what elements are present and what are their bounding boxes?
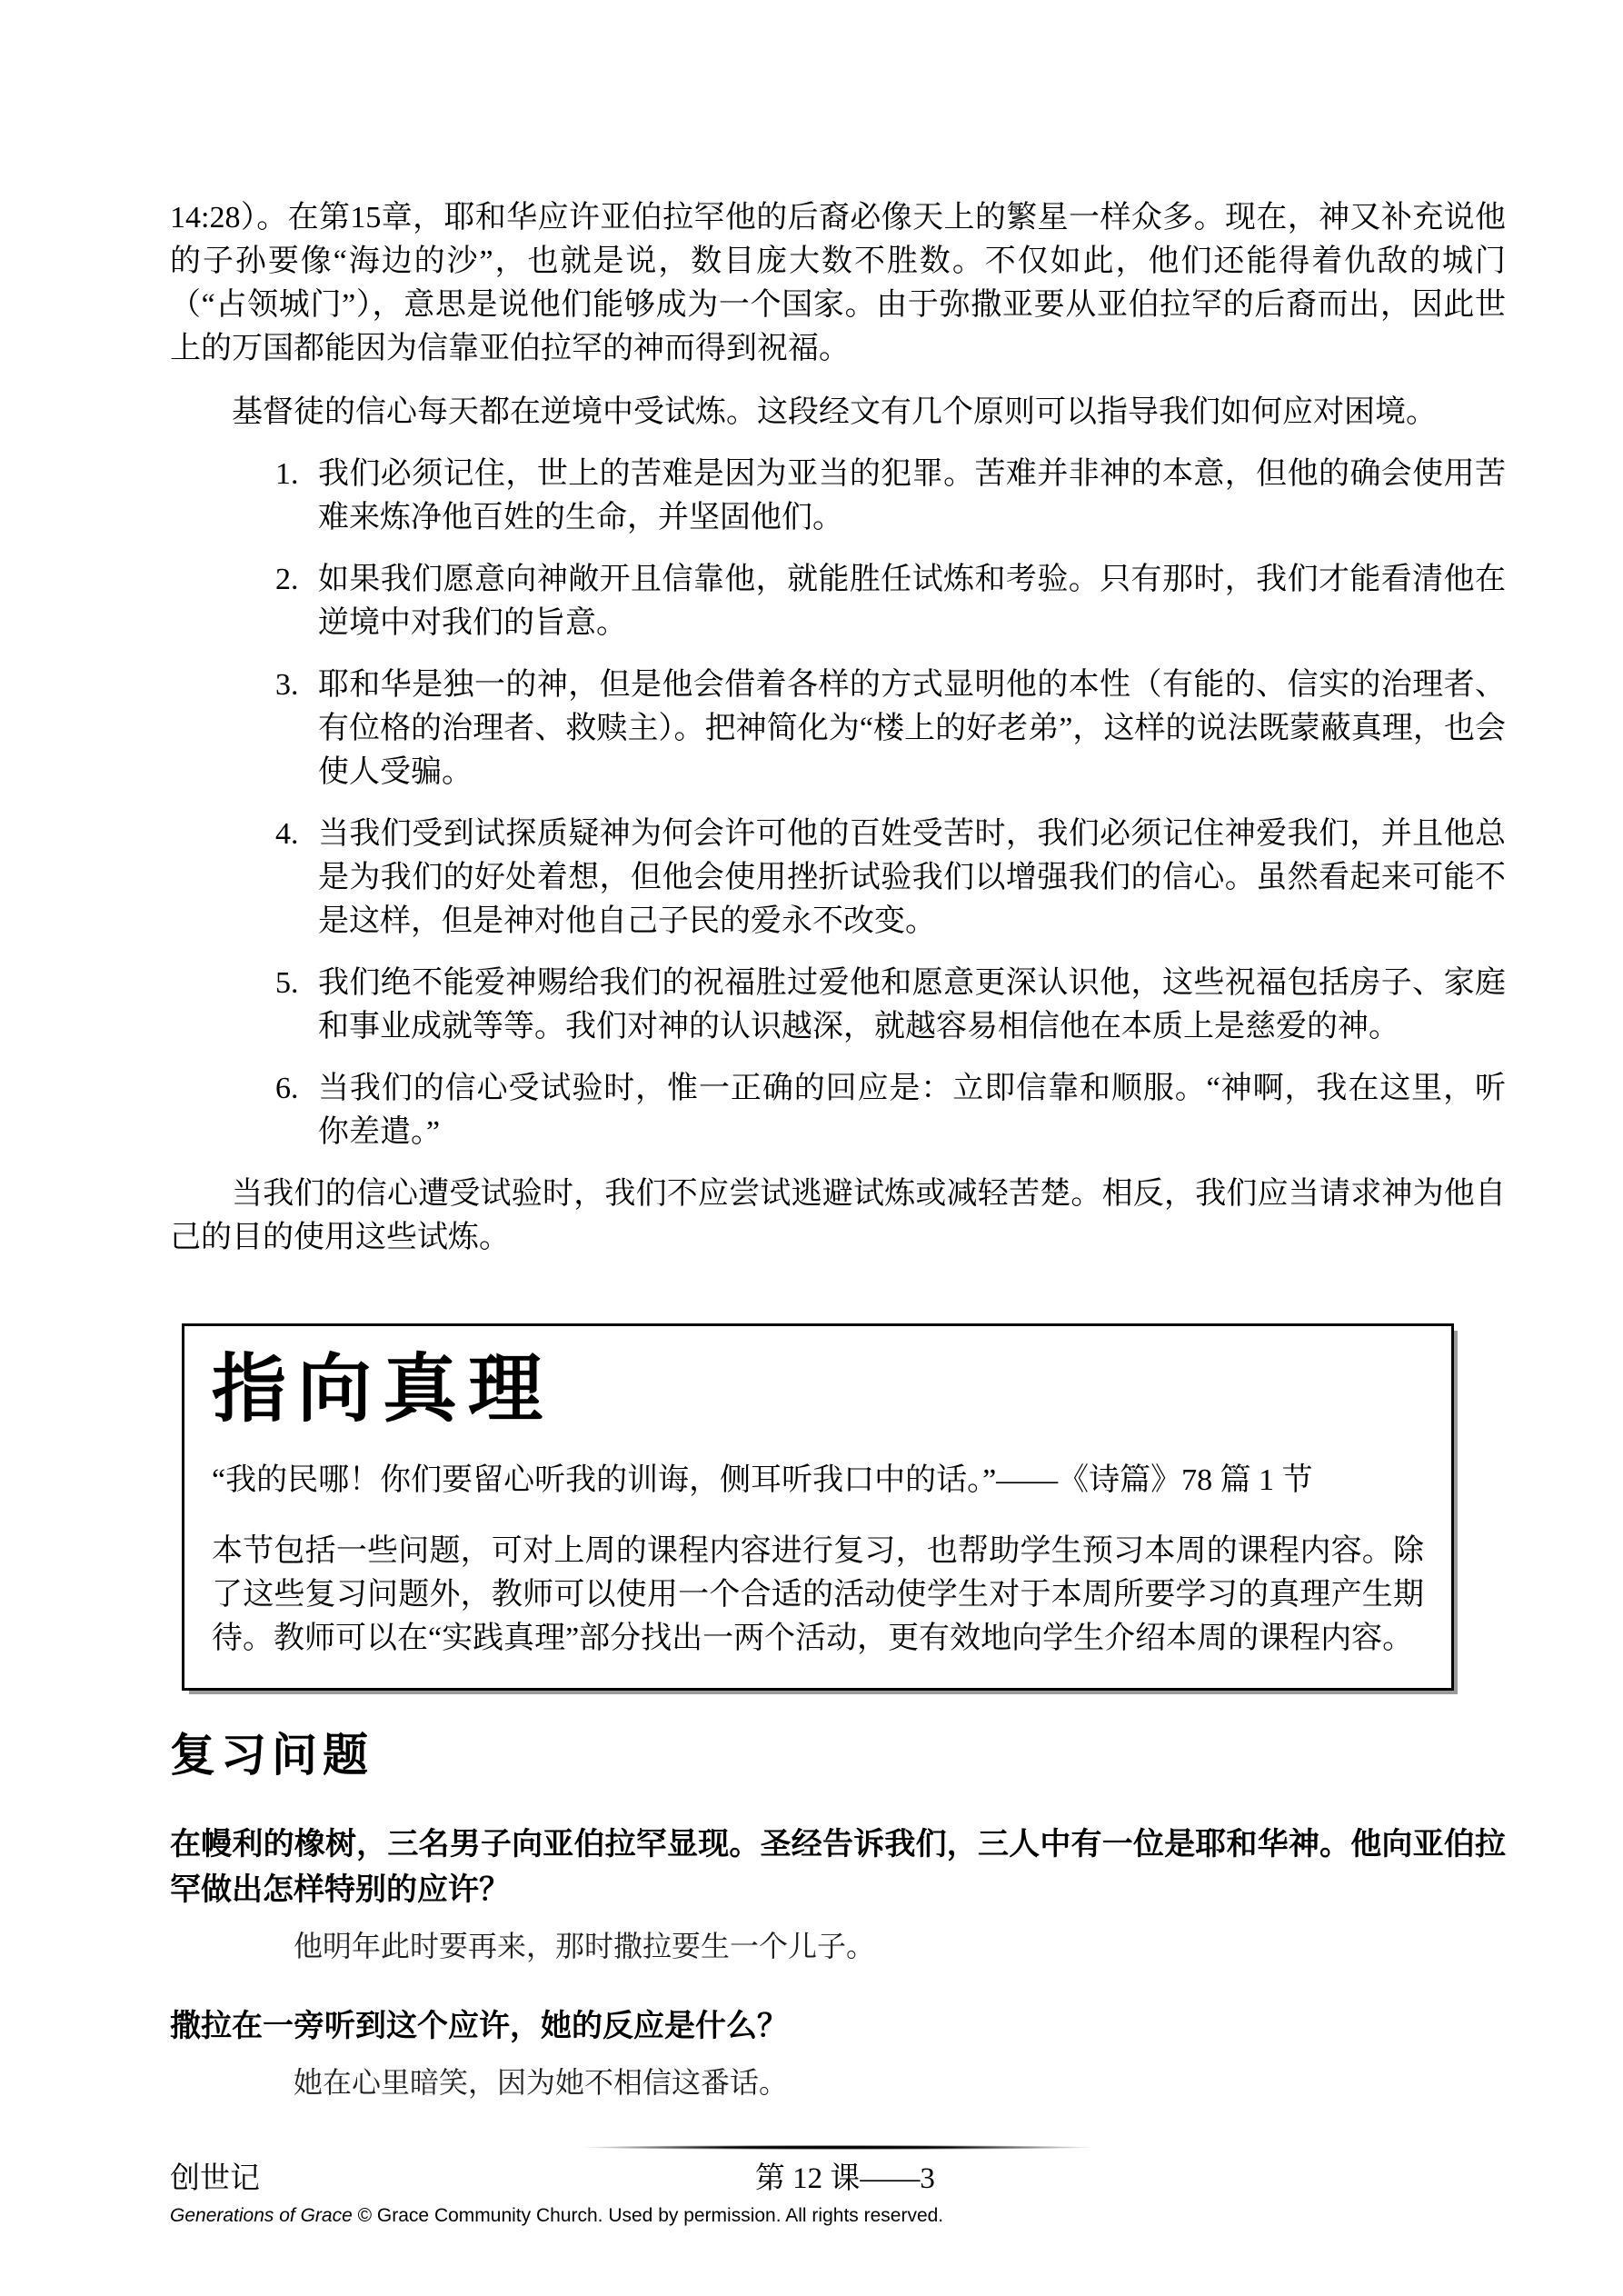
list-item-text: 我们绝不能爱神赐给我们的祝福胜过爱他和愿意更深认识他，这些祝福包括房子、家庭和事…	[318, 962, 1506, 1049]
intro-paragraph: 14:28）。在第15章，耶和华应许亚伯拉罕他的后裔必像天上的繁星一样众多。现在…	[170, 196, 1506, 371]
document-page: 14:28）。在第15章，耶和华应许亚伯拉罕他的后裔必像天上的繁星一样众多。现在…	[0, 0, 1623, 2296]
list-item-text: 如果我们愿意向神敞开且信靠他，就能胜任试炼和考验。只有那时，我们才能看清他在逆境…	[318, 558, 1506, 645]
truth-box-body: 本节包括一些问题，可对上周的课程内容进行复习，也帮助学生预习本周的课程内容。除了…	[212, 1530, 1424, 1661]
footer-page-number: 第 12 课——3	[755, 2159, 935, 2199]
footer-copyright: Generations of Grace © Grace Community C…	[170, 2204, 1506, 2228]
list-item-number: 6.	[275, 1067, 318, 1154]
truth-box-title: 指向真理	[212, 1346, 1424, 1433]
review-question: 在幔利的橡树，三名男子向亚伯拉罕显现。圣经告诉我们，三人中有一位是耶和华神。他向…	[170, 1822, 1506, 1912]
list-item-number: 1.	[275, 453, 318, 540]
list-item: 1. 我们必须记住，世上的苦难是因为亚当的犯罪。苦难并非神的本意，但他的确会使用…	[275, 453, 1506, 540]
review-answer: 她在心里暗笑，因为她不相信这番话。	[294, 2061, 1506, 2103]
list-item-number: 4.	[275, 813, 318, 943]
list-item: 3. 耶和华是独一的神，但是他会借着各样的方式显明他的本性（有能的、信实的治理者…	[275, 664, 1506, 794]
list-item-text: 当我们的信心受试验时，惟一正确的回应是：立即信靠和顺服。“神啊，我在这里，听你差…	[318, 1067, 1506, 1154]
lead-paragraph: 基督徒的信心每天都在逆境中受试炼。这段经文有几个原则可以指导我们如何应对困境。	[170, 391, 1506, 434]
footer-line: 创世记 第 12 课——3	[170, 2159, 1506, 2199]
footer-copyright-text: © Grace Community Church. Used by permis…	[353, 2205, 943, 2226]
list-item-text: 当我们受到试探质疑神为何会许可他的百姓受苦时，我们必须记住神爱我们，并且他总是为…	[318, 813, 1506, 943]
page-footer: 创世记 第 12 课——3 Generations of Grace © Gra…	[170, 2145, 1506, 2228]
review-question: 撒拉在一旁听到这个应许，她的反应是什么？	[170, 2003, 1506, 2049]
list-item-number: 5.	[275, 962, 318, 1049]
truth-box: 指向真理 “我的民哪！你们要留心听我的训诲，侧耳听我口中的话。”——《诗篇》78…	[182, 1323, 1454, 1691]
list-item-number: 2.	[275, 558, 318, 645]
review-qa-block: 在幔利的橡树，三名男子向亚伯拉罕显现。圣经告诉我们，三人中有一位是耶和华神。他向…	[170, 1822, 1506, 2103]
footer-copyright-series: Generations of Grace	[170, 2205, 353, 2226]
review-heading: 复习问题	[170, 1729, 1506, 1782]
list-item: 4. 当我们受到试探质疑神为何会许可他的百姓受苦时，我们必须记住神爱我们，并且他…	[275, 813, 1506, 943]
list-item: 6. 当我们的信心受试验时，惟一正确的回应是：立即信靠和顺服。“神啊，我在这里，…	[275, 1067, 1506, 1154]
list-item: 5. 我们绝不能爱神赐给我们的祝福胜过爱他和愿意更深认识他，这些祝福包括房子、家…	[275, 962, 1506, 1049]
principles-list: 1. 我们必须记住，世上的苦难是因为亚当的犯罪。苦难并非神的本意，但他的确会使用…	[275, 453, 1506, 1154]
list-item-number: 3.	[275, 664, 318, 794]
review-answer: 他明年此时要再来，那时撒拉要生一个儿子。	[294, 1925, 1506, 1967]
list-item: 2. 如果我们愿意向神敞开且信靠他，就能胜任试炼和考验。只有那时，我们才能看清他…	[275, 558, 1506, 645]
truth-box-verse: “我的民哪！你们要留心听我的训诲，侧耳听我口中的话。”——《诗篇》78 篇 1 …	[212, 1459, 1424, 1502]
list-item-text: 耶和华是独一的神，但是他会借着各样的方式显明他的本性（有能的、信实的治理者、有位…	[318, 664, 1506, 794]
footer-divider	[585, 2145, 1090, 2150]
footer-book-title: 创世记	[170, 2159, 260, 2199]
closing-paragraph: 当我们的信心遭受试验时，我们不应尝试逃避试炼或减轻苦楚。相反，我们应当请求神为他…	[170, 1173, 1506, 1260]
list-item-text: 我们必须记住，世上的苦难是因为亚当的犯罪。苦难并非神的本意，但他的确会使用苦难来…	[318, 453, 1506, 540]
